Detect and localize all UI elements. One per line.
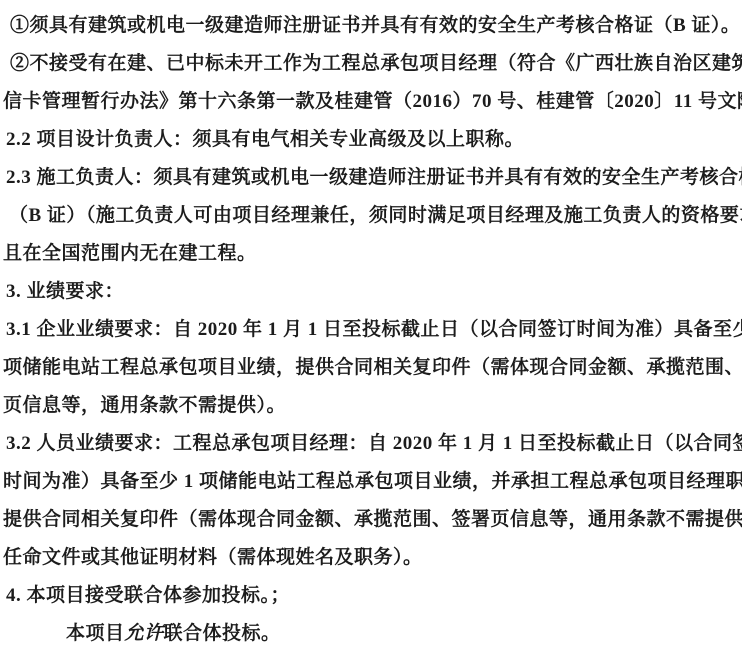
text-line-14: 提供合同相关复印件（需体现合同金额、承揽范围、签署页信息等，通用条款不需提供）、 bbox=[0, 501, 742, 539]
text-line-3: 信卡管理暂行办法》第十六条第一款及桂建管（2016）70 号、桂建管〔2020〕… bbox=[0, 83, 742, 121]
text-line-16: 4. 本项目接受联合体参加投标。； bbox=[0, 577, 742, 615]
text-line-6: （B 证）（施工负责人可由项目经理兼任，须同时满足项目经理及施工负责人的资格要求… bbox=[0, 197, 742, 235]
text-line-10: 项储能电站工程总承包项目业绩，提供合同相关复印件（需体现合同金额、承揽范围、签署 bbox=[0, 349, 742, 387]
text-line-15: 任命文件或其他证明材料（需体现姓名及职务）。 bbox=[0, 539, 742, 577]
text-line-13: 时间为准）具备至少 1 项储能电站工程总承包项目业绩，并承担工程总承包项目经理职… bbox=[0, 463, 742, 501]
text-line-12: 3.2 人员业绩要求：工程总承包项目经理：自 2020 年 1 月 1 日至投标… bbox=[0, 425, 742, 463]
text-line-7: 且在全国范围内无在建工程。 bbox=[0, 235, 742, 273]
text-line-11: 页信息等，通用条款不需提供）。 bbox=[0, 387, 742, 425]
text-line-1: ①须具有建筑或机电一级建造师注册证书并具有有效的安全生产考核合格证（B 证）。 bbox=[0, 7, 742, 45]
text-line-5: 2.3 施工负责人：须具有建筑或机电一级建造师注册证书并具有有效的安全生产考核合… bbox=[0, 159, 742, 197]
final-line-prefix: 本项目 bbox=[66, 623, 125, 644]
final-line-italic: 允许 bbox=[125, 623, 164, 644]
text-line-8: 3. 业绩要求： bbox=[0, 273, 742, 311]
text-line-4: 2.2 项目设计负责人：须具有电气相关专业高级及以上职称。 bbox=[0, 121, 742, 159]
text-line-9: 3.1 企业业绩要求：自 2020 年 1 月 1 日至投标截止日（以合同签订时… bbox=[0, 311, 742, 349]
document-page: ①须具有建筑或机电一级建造师注册证书并具有有效的安全生产考核合格证（B 证）。 … bbox=[0, 0, 742, 657]
final-line-suffix: 联合体投标。 bbox=[164, 623, 281, 644]
text-line-17: 本项目允许联合体投标。 bbox=[0, 615, 742, 653]
text-line-2: ②不接受有在建、已中标未开工作为工程总承包项目经理（符合《广西壮族自治区建筑市场… bbox=[0, 45, 742, 83]
